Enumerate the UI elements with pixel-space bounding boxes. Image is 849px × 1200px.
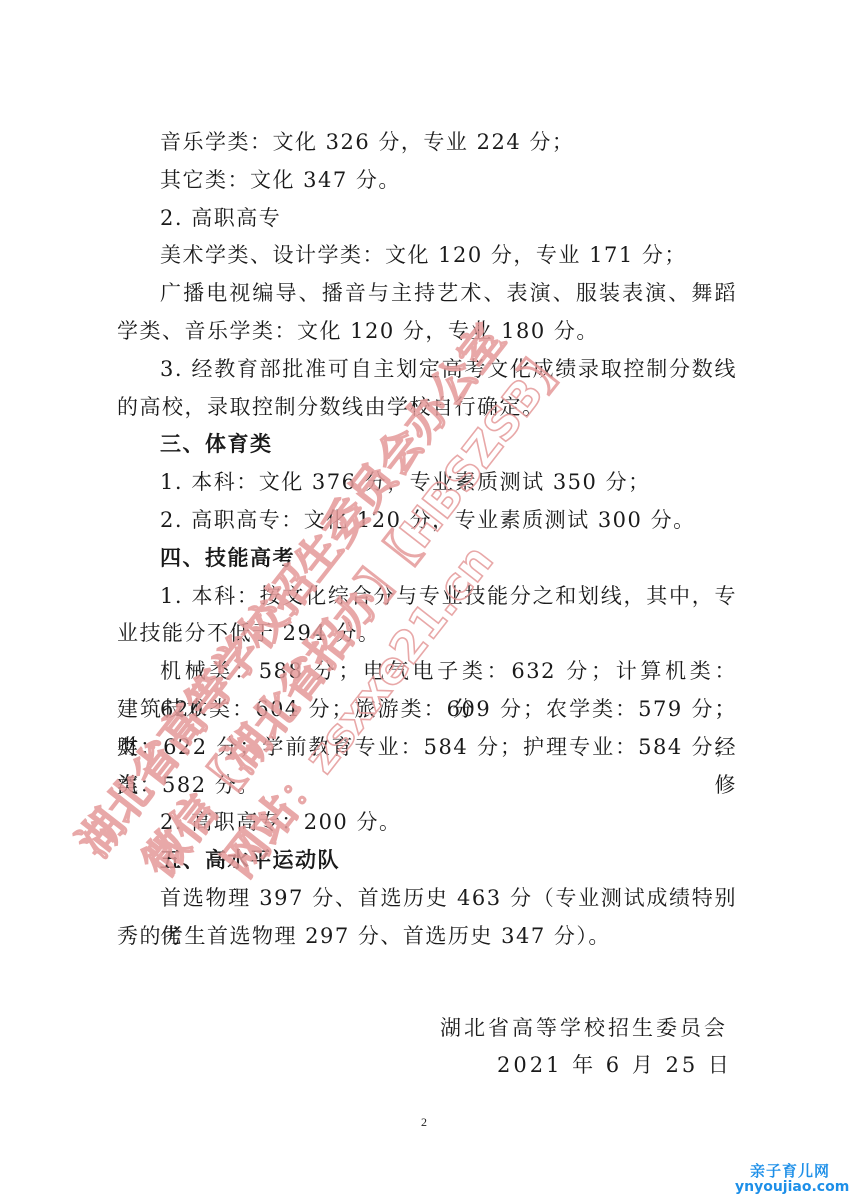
site-logo-name: 亲子育儿网 [735, 1163, 845, 1179]
text-line: 1. 本科：文化 376 分，专业素质测试 350 分； [117, 464, 737, 502]
text-line: 机械类：588 分；电气电子类：632 分；计算机类：620 分； [117, 653, 737, 691]
section-heading-athletic-teams: 五、高水平运动队 [117, 842, 737, 880]
text-line: 建筑技术类：604 分；旅游类：609 分；农学类：579 分；财经 [117, 691, 737, 729]
document-body: 音乐学类：文化 326 分，专业 224 分； 其它类：文化 347 分。 2.… [117, 124, 737, 956]
text-line: 其它类：文化 347 分。 [117, 162, 737, 200]
text-line: 秀的考生首选物理 297 分、首选历史 347 分）。 [117, 918, 737, 956]
issue-date: 2021 年 6 月 25 日 [497, 1047, 732, 1083]
text-line: 广播电视编导、播音与主持艺术、表演、服装表演、舞蹈 [117, 275, 737, 313]
issuer-signature: 湖北省高等学校招生委员会 [440, 1010, 728, 1046]
site-logo[interactable]: 亲子育儿网 ynyoujiao.com [735, 1163, 845, 1195]
section-heading-sports: 三、体育类 [117, 426, 737, 464]
text-line: 类：622 分；学前教育专业：584 分；护理专业：584 分；汽修 [117, 729, 737, 767]
text-line: 首选物理 397 分、首选历史 463 分（专业测试成绩特别优 [117, 880, 737, 918]
text-line: 美术学类、设计学类：文化 120 分，专业 171 分； [117, 237, 737, 275]
text-line: 3. 经教育部批准可自主划定高考文化成绩录取控制分数线 [117, 351, 737, 389]
section-heading-skills-exam: 四、技能高考 [117, 540, 737, 578]
text-line: 1. 本科：按文化综合分与专业技能分之和划线，其中，专 [117, 578, 737, 616]
text-line: 业技能分不低于 294 分。 [117, 615, 737, 653]
document-page: 音乐学类：文化 326 分，专业 224 分； 其它类：文化 347 分。 2.… [0, 0, 849, 1200]
text-line: 音乐学类：文化 326 分，专业 224 分； [117, 124, 737, 162]
text-line: 2. 高职高专：文化 120 分，专业素质测试 300 分。 [117, 502, 737, 540]
text-line: 2. 高职高专 [117, 200, 737, 238]
text-line: 学类、音乐学类：文化 120 分，专业 180 分。 [117, 313, 737, 351]
page-number: 2 [421, 1115, 427, 1130]
text-line: 2. 高职高专：200 分。 [117, 804, 737, 842]
site-logo-url: ynyoujiao.com [735, 1179, 845, 1195]
text-line: 的高校，录取控制分数线由学校自行确定。 [117, 389, 737, 427]
